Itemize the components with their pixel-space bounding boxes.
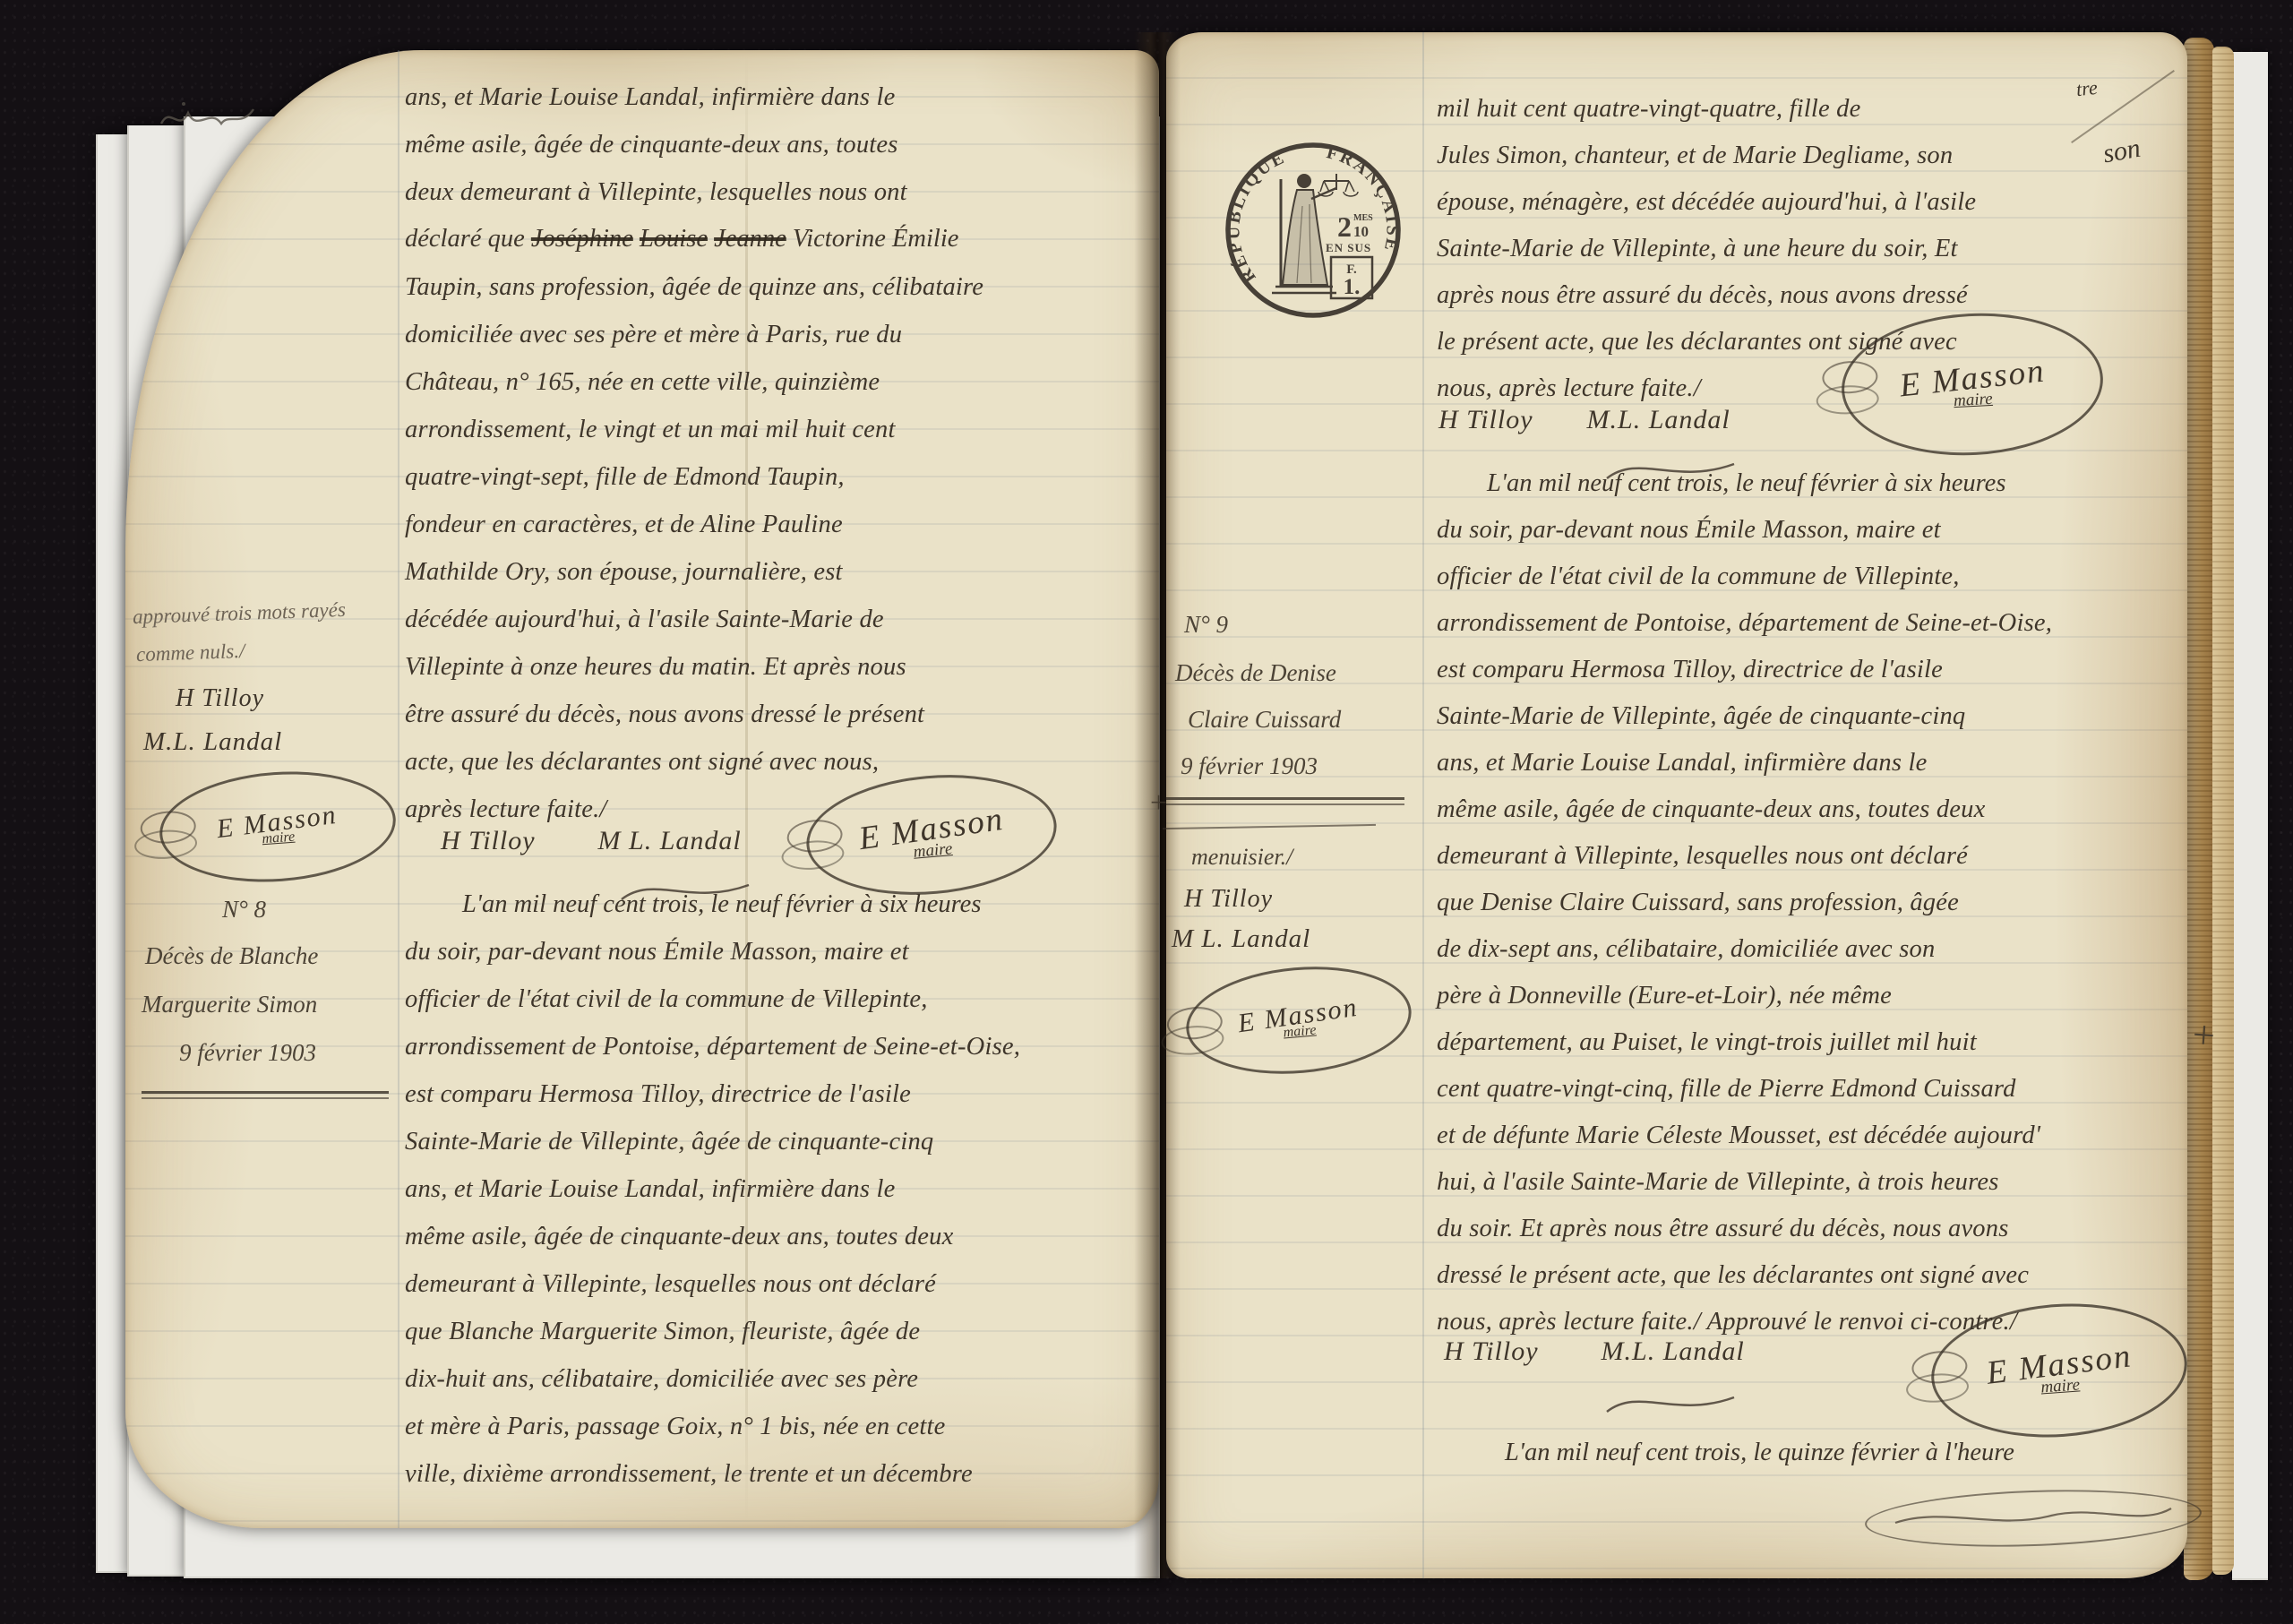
text-line: hui, à l'asile Sainte-Marie de Villepint… — [1437, 1159, 2052, 1206]
mayor-signature: E Masson — [1984, 1336, 2134, 1393]
text-line-struck: déclaré que Joséphine Louise Jeanne Vict… — [405, 216, 958, 262]
signature-tilloy: H Tilloy — [1438, 405, 1533, 435]
text-line: est comparu Hermosa Tilloy, directrice d… — [405, 1070, 1020, 1118]
paraph-flourish — [1603, 1392, 1738, 1419]
signature-landal: M.L. Landal — [1587, 405, 1730, 435]
act8-opening-line: L'an mil neuf cent trois, le neuf févrie… — [462, 881, 981, 928]
margin-double-rule — [1166, 797, 1404, 800]
text-line: arrondissement de Pontoise, département … — [405, 1023, 1020, 1070]
act9-date: 9 février 1903 — [1181, 752, 1318, 780]
act10-opening-line: L'an mil neuf cent trois, le quinze févr… — [1505, 1430, 2014, 1476]
register-spread-scan: ans, et Marie Louise Landal, infirmière … — [0, 0, 2293, 1624]
act8-title: Décès de Blanche — [145, 942, 318, 970]
text-line: père à Donneville (Eure-et-Loir), née mê… — [1437, 973, 2052, 1019]
act9-number: N° 9 — [1184, 611, 1228, 639]
text-line: ans, et Marie Louise Landal, infirmière … — [1437, 740, 2052, 786]
margin-double-rule — [142, 1091, 389, 1094]
signature-tilloy: H Tilloy — [1444, 1336, 1539, 1367]
act9-text-body: du soir, par-devant nous Émile Masson, m… — [1437, 507, 2052, 1345]
margin-rule-left — [398, 50, 399, 1528]
text-line: officier de l'état civil de la commune d… — [405, 975, 1020, 1023]
act8-text-body: du soir, par-devant nous Émile Masson, m… — [405, 928, 1020, 1498]
paraph-flourish-bottom — [1890, 1499, 2177, 1535]
text-line: de dix-sept ans, célibataire, domiciliée… — [1437, 926, 2052, 973]
text-line: et mère à Paris, passage Goix, n° 1 bis,… — [405, 1403, 1020, 1450]
margin-double-rule — [1166, 803, 1404, 805]
act9-opening-line: L'an mil neuf cent trois, le neuf févrie… — [1487, 460, 2005, 507]
text-line: quatre-vingt-sept, fille de Edmond Taupi… — [405, 453, 983, 501]
margin-signature-tilloy: H Tilloy — [1184, 885, 1273, 914]
margin-inserted-word: menuisier./ — [1191, 844, 1292, 871]
text-line: après nous être assuré du décès, nous av… — [1437, 272, 1976, 319]
stamp-amount: 1. — [1344, 275, 1361, 299]
signature-landal: M L. Landal — [598, 826, 742, 856]
mayor-signature: E Masson — [1897, 351, 2047, 405]
text-segment: déclaré que — [405, 225, 531, 253]
text-line: cent quatre-vingt-cinq, fille de Pierre … — [1437, 1066, 2052, 1113]
text-line: est comparu Hermosa Tilloy, directrice d… — [1437, 647, 2052, 693]
act8-title: Marguerite Simon — [142, 991, 317, 1018]
act9-title: Décès de Denise — [1175, 659, 1336, 687]
text-line: que Blanche Marguerite Simon, fleuriste,… — [405, 1308, 1020, 1355]
text-line: être assuré du décès, nous avons dressé … — [405, 691, 983, 738]
signature-row: H Tilloy M.L. Landal — [1444, 1336, 1745, 1367]
text-line: Taupin, sans profession, âgée de quinze … — [405, 263, 983, 311]
renvoi-cross-icon: + — [2191, 1011, 2216, 1059]
act9-title: Claire Cuissard — [1188, 706, 1341, 734]
insertion-mark: tre — [2075, 76, 2099, 101]
text-line: arrondissement de Pontoise, département … — [1437, 600, 2052, 647]
text-line: mil huit cent quatre-vingt-quatre, fille… — [1437, 86, 1976, 133]
stamp-value-exp: MES — [1353, 213, 1373, 223]
svg-text:RÉPUBLIQUE: RÉPUBLIQUE — [1224, 147, 1289, 287]
text-line: Jules Simon, chanteur, et de Marie Degli… — [1437, 133, 1976, 179]
text-line: arrondissement, le vingt et un mai mil h… — [405, 406, 983, 453]
text-line: Château, n° 165, née en cette ville, qui… — [405, 358, 983, 406]
margin-cross-icon: + — [1150, 786, 1167, 821]
text-line: du soir, par-devant nous Émile Masson, m… — [405, 928, 1020, 975]
act7-text-body: Taupin, sans profession, âgée de quinze … — [405, 263, 983, 833]
fore-edge-stack — [2212, 47, 2234, 1575]
struck-word: Joséphine — [531, 225, 633, 253]
revenue-stamp: RÉPUBLIQUE FRANÇAISE 2 MES 10 EN SUS F. … — [1224, 134, 1403, 326]
margin-signature-landal: M L. Landal — [1172, 924, 1310, 954]
text-line: même asile, âgée de cinquante-deux ans, … — [405, 121, 907, 168]
text-line: dressé le présent acte, que les déclaran… — [1437, 1252, 2052, 1299]
stamp-value-denominator: 10 — [1353, 223, 1369, 240]
backing-sheet — [2232, 52, 2268, 1580]
margin-signature-tilloy: H Tilloy — [176, 684, 264, 713]
text-line: fondeur en caractères, et de Aline Pauli… — [405, 501, 983, 548]
text-line: département, au Puiset, le vingt-trois j… — [1437, 1019, 2052, 1066]
text-line: du soir. Et après nous être assuré du dé… — [1437, 1206, 2052, 1252]
text-line: ans, et Marie Louise Landal, infirmière … — [405, 73, 907, 121]
text-line: domiciliée avec ses père et mère à Paris… — [405, 311, 983, 358]
margin-signature-landal: M.L. Landal — [143, 727, 282, 757]
text-line: et de défunte Marie Céleste Mousset, est… — [1437, 1113, 2052, 1159]
fore-edge-stack — [2184, 38, 2214, 1580]
text-line: ville, dixième arrondissement, le trente… — [405, 1450, 1020, 1498]
text-line: acte, que les déclarantes ont signé avec… — [405, 738, 983, 786]
signature-row: H Tilloy M L. Landal — [441, 826, 742, 856]
text-line: même asile, âgée de cinquante-deux ans, … — [1437, 786, 2052, 833]
margin-approval-line: comme nuls./ — [136, 640, 245, 666]
act8-number: N° 8 — [222, 896, 266, 924]
text-line: demeurant à Villepinte, lesquelles nous … — [405, 1260, 1020, 1308]
text-line: décédée aujourd'hui, à l'asile Sainte-Ma… — [405, 596, 983, 643]
text-line: ans, et Marie Louise Landal, infirmière … — [405, 1165, 1020, 1213]
text-line: deux demeurant à Villepinte, lesquelles … — [405, 168, 907, 216]
signature-tilloy: H Tilloy — [441, 826, 536, 856]
text-line: épouse, ménagère, est décédée aujourd'hu… — [1437, 179, 1976, 226]
struck-word: Jeanne — [714, 225, 786, 253]
stamp-value: 2 — [1337, 211, 1352, 243]
signature-row: H Tilloy M.L. Landal — [1438, 405, 1730, 435]
text-line: demeurant à Villepinte, lesquelles nous … — [1437, 833, 2052, 880]
text-line: officier de l'état civil de la commune d… — [1437, 554, 2052, 600]
signature-landal: M.L. Landal — [1602, 1336, 1745, 1367]
ink-scribble — [157, 95, 264, 142]
struck-word: Louise — [640, 225, 708, 253]
text-segment: Victorine Émilie — [786, 225, 959, 253]
text-line: du soir, par-devant nous Émile Masson, m… — [1437, 507, 2052, 554]
stamp-surcharge: EN SUS — [1326, 241, 1371, 254]
text-line: que Denise Claire Cuissard, sans profess… — [1437, 880, 2052, 926]
act7-text-top: ans, et Marie Louise Landal, infirmière … — [405, 73, 907, 216]
text-line: Sainte-Marie de Villepinte, âgée de cinq… — [1437, 693, 2052, 740]
text-line: Sainte-Marie de Villepinte, âgée de cinq… — [405, 1118, 1020, 1165]
text-line: Mathilde Ory, son épouse, journalière, e… — [405, 548, 983, 596]
text-line: même asile, âgée de cinquante-deux ans, … — [405, 1213, 1020, 1260]
act8-date: 9 février 1903 — [179, 1039, 316, 1067]
insertion-word: son — [2100, 133, 2143, 170]
text-line: Villepinte à onze heures du matin. Et ap… — [405, 643, 983, 691]
margin-rule-right — [1422, 32, 1424, 1578]
text-line: Sainte-Marie de Villepinte, à une heure … — [1437, 226, 1976, 272]
stamp-arc-left: RÉPUBLIQUE — [1224, 147, 1289, 287]
margin-double-rule — [142, 1097, 389, 1099]
text-line: dix-huit ans, célibataire, domiciliée av… — [405, 1355, 1020, 1403]
